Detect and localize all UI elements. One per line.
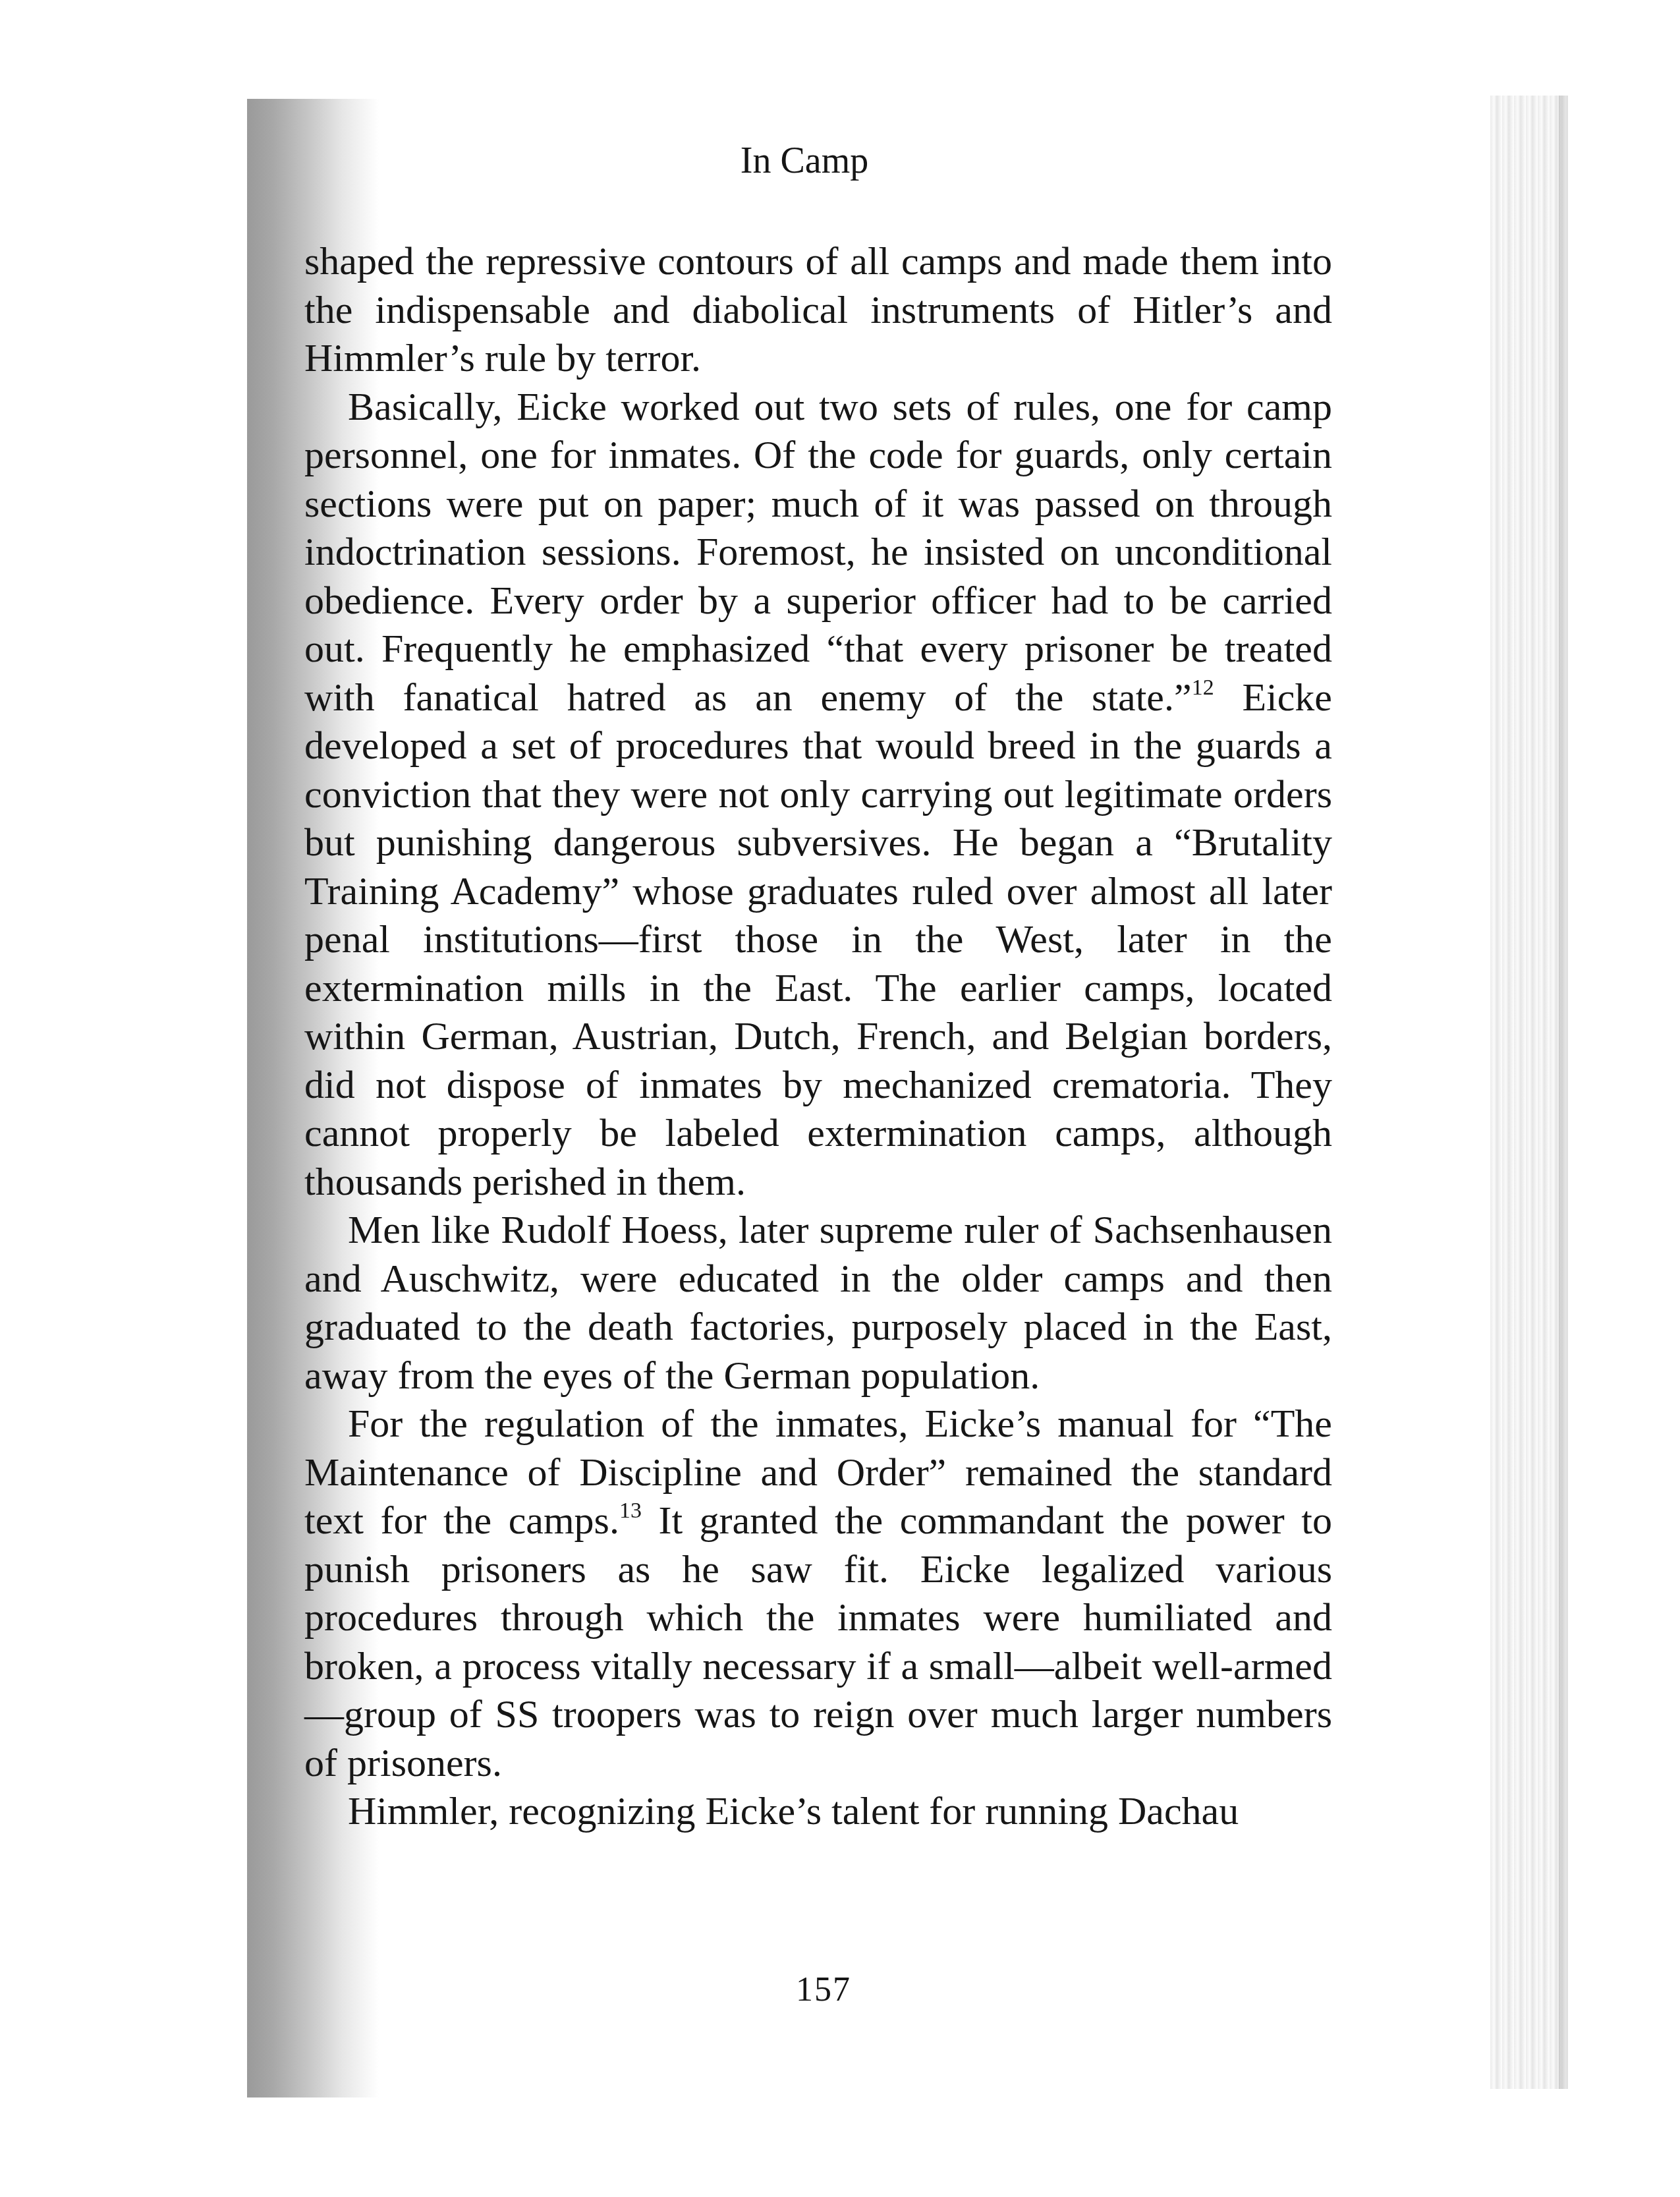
paragraph-2: Basically, Eicke worked out two sets of … (304, 383, 1332, 1207)
body-text: shaped the repressive contours of all ca… (304, 237, 1332, 1836)
page-edge-stripe (1490, 96, 1568, 2089)
footnote-ref-13: 13 (619, 1498, 642, 1523)
paragraph-4: For the regulation of the inmates, Eicke… (304, 1400, 1332, 1787)
paragraph-3: Men like Rudolf Hoess, later supreme rul… (304, 1206, 1332, 1400)
paragraph-2-text-b: Eicke developed a set of procedures that… (304, 675, 1332, 1203)
running-head: In Camp (0, 140, 1609, 182)
paragraph-2-text-a: Basically, Eicke worked out two sets of … (304, 385, 1332, 719)
page-number: 157 (0, 1970, 1647, 2010)
paragraph-1: shaped the repressive contours of all ca… (304, 237, 1332, 383)
paragraph-5: Himmler, recognizing Eicke’s talent for … (304, 1787, 1332, 1836)
footnote-ref-12: 12 (1192, 675, 1214, 700)
